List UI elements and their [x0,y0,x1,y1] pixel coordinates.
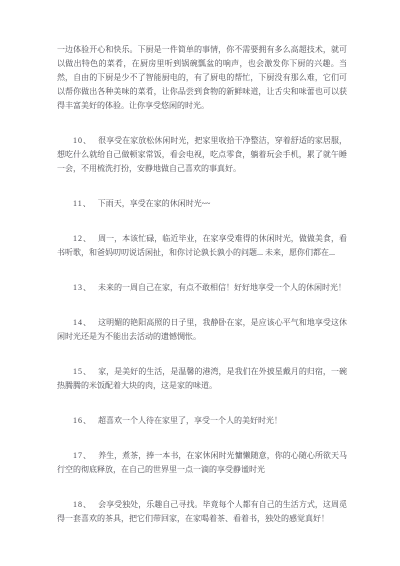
paragraph-item-14: 14、这明媚的艳阳高照的日子里，我静卧在家，是应该心平气和地享受这休闲时光还是为… [57,316,347,344]
paragraph-text: 周一，本该忙碌，临近毕业，在家享受难得的休闲时光，做做美食，看书听歌，和爸妈叨叨… [57,234,347,257]
paragraph-text: 下雨天，享受在家的休闲时光~~ [98,199,211,208]
paragraph-continuation: 一边体验开心和快乐。下厨是一件简单的事情，你不需要拥有多么高超技术，就可以做出特… [57,43,347,113]
paragraph-number: 10、 [73,136,92,145]
paragraph-item-11: 11、下雨天，享受在家的休闲时光~~ [57,197,347,211]
paragraph-text: 会享受独处，乐趣自己寻找。毕竟每个人都有自己的生活方式，这周觅得一套喜欢的茶具，… [57,500,347,523]
paragraph-number: 13、 [73,283,92,292]
paragraph-item-12: 12、周一，本该忙碌，临近毕业，在家享受难得的休闲时光，做做美食，看书听歌，和爸… [57,232,347,260]
paragraph-item-16: 16、超喜欢一个人待在家里了，享受一个人的美好时光！ [57,414,347,428]
paragraph-text: 一边体验开心和快乐。下厨是一件简单的事情，你不需要拥有多么高超技术，就可以做出特… [57,45,347,110]
paragraph-item-10: 10、很享受在家放松休闲时光，把家里收拾干净整洁，穿着舒适的家居服，想吃什么就给… [57,134,347,176]
paragraph-number: 17、 [73,451,92,460]
paragraph-item-15: 15、家，是美好的生活，是温馨的港湾，是我们在外披星戴月的归宿，一碗热腾腾的米饭… [57,365,347,393]
paragraph-number: 16、 [73,416,92,425]
paragraph-number: 11、 [73,199,92,208]
paragraph-number: 12、 [73,234,92,243]
paragraph-text: 超喜欢一个人待在家里了，享受一个人的美好时光！ [98,416,282,425]
paragraph-number: 15、 [73,367,92,376]
document-page: 一边体验开心和快乐。下厨是一件简单的事情，你不需要拥有多么高超技术，就可以做出特… [0,0,400,566]
article-body: 一边体验开心和快乐。下厨是一件简单的事情，你不需要拥有多么高超技术，就可以做出特… [57,43,347,526]
paragraph-text: 家，是美好的生活，是温馨的港湾，是我们在外披星戴月的归宿，一碗热腾腾的米饭配着大… [57,367,347,390]
paragraph-text: 养生，煮茶，捧一本书，在家休闲时光慵懒随意，你的心随心所欲天马行空的彻底释放，在… [57,451,347,474]
paragraph-item-13: 13、未来的一周自己在家，有点不敢相信！好好地享受一个人的休闲时光！ [57,281,347,295]
paragraph-text: 这明媚的艳阳高照的日子里，我静卧在家，是应该心平气和地享受这休闲时光还是为不能出… [57,318,347,341]
paragraph-item-18: 18、会享受独处，乐趣自己寻找。毕竟每个人都有自己的生活方式，这周觅得一套喜欢的… [57,498,347,526]
paragraph-item-17: 17、养生，煮茶，捧一本书，在家休闲时光慵懒随意，你的心随心所欲天马行空的彻底释… [57,449,347,477]
paragraph-text: 很享受在家放松休闲时光，把家里收拾干净整洁，穿着舒适的家居服，想吃什么就给自己做… [57,136,347,173]
paragraph-number: 14、 [73,318,92,327]
paragraph-text: 未来的一周自己在家，有点不敢相信！好好地享受一个人的休闲时光！ [98,283,346,292]
paragraph-number: 18、 [73,500,92,509]
